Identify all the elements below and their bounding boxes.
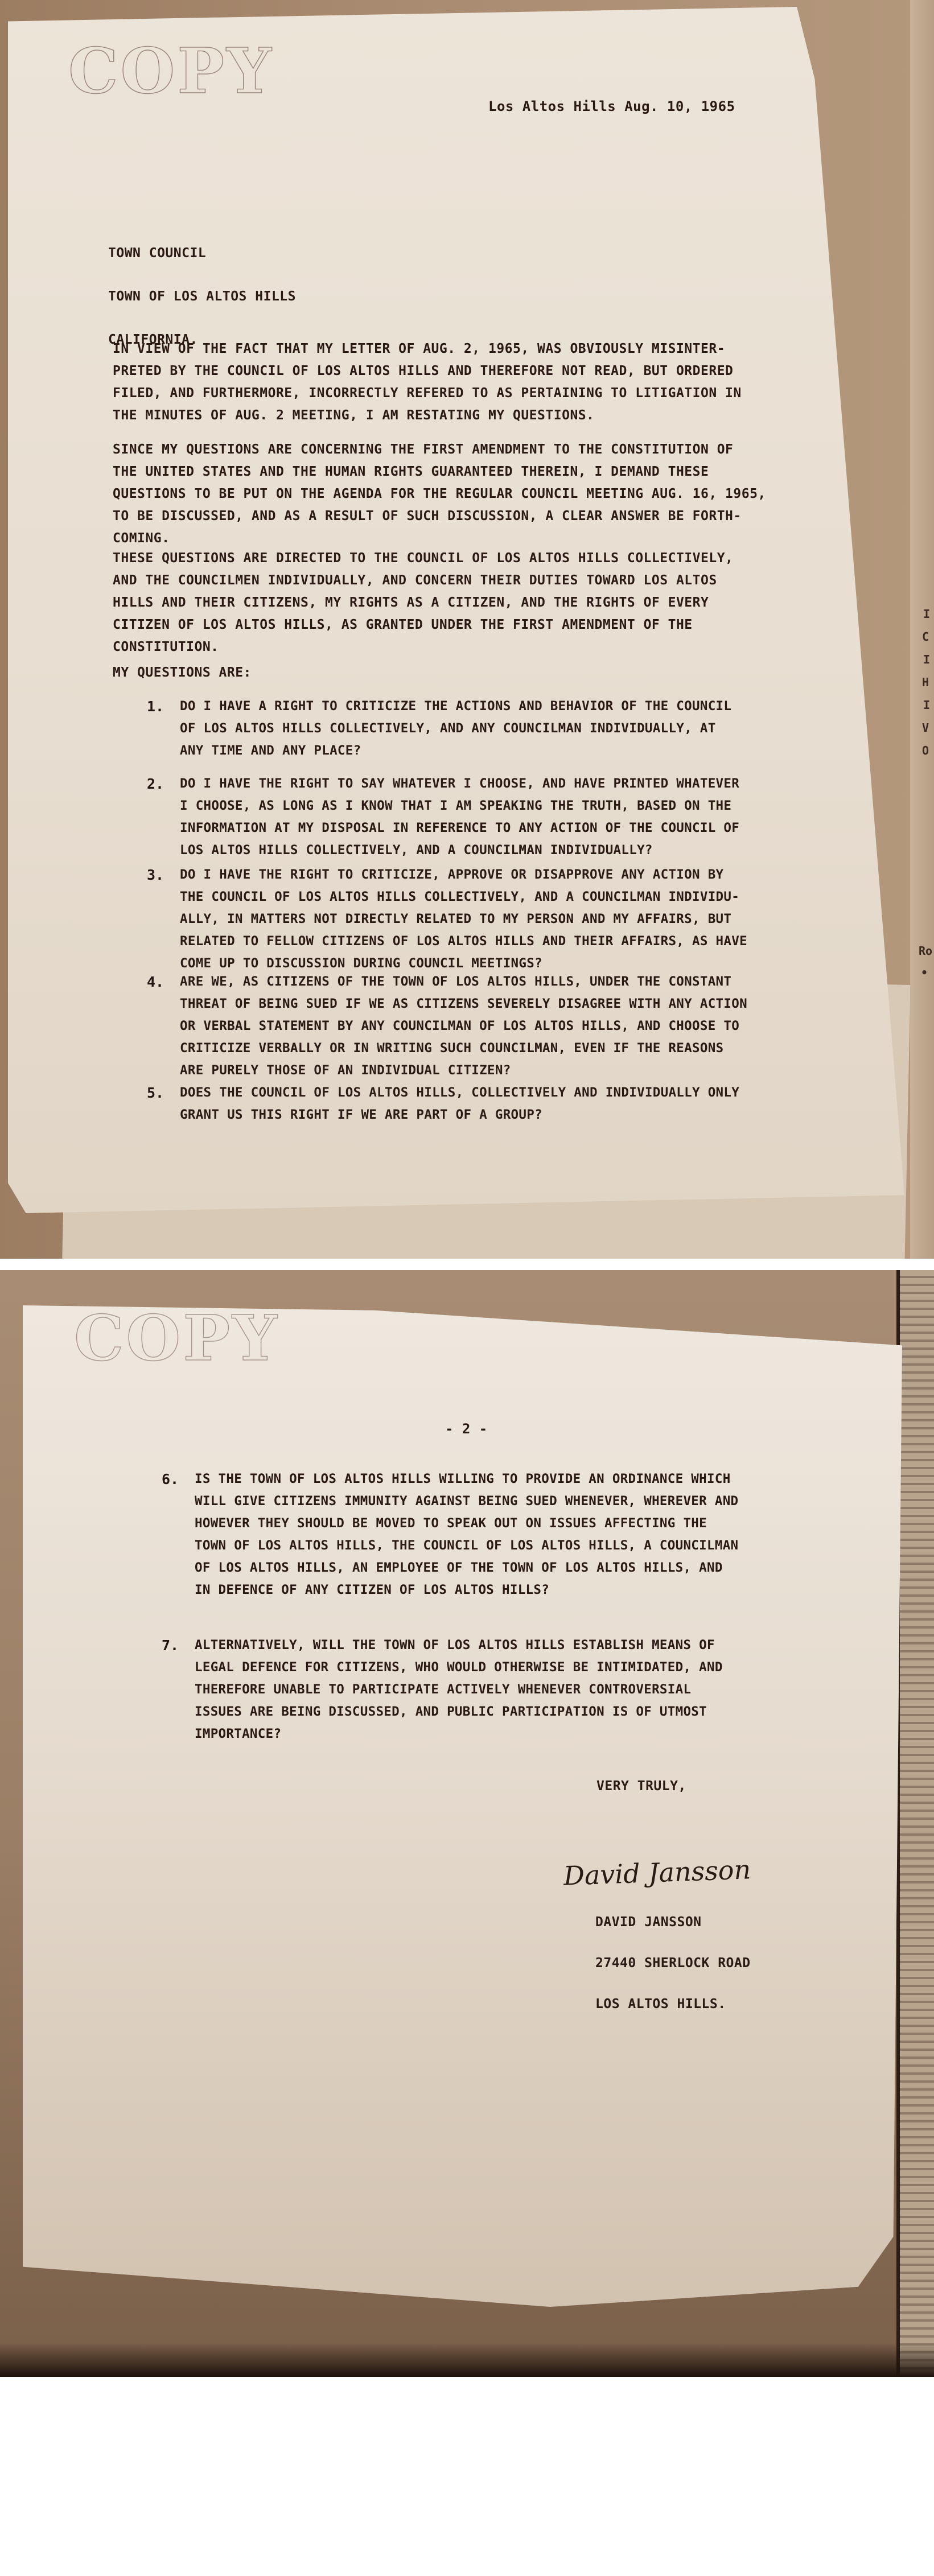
question-number: 7. (162, 1634, 195, 1745)
paragraph-directed-to: These questions are directed to the Coun… (113, 547, 733, 658)
edge-fragment: I (923, 603, 930, 625)
shadow (0, 2343, 934, 2377)
edge-fragment: O (922, 740, 929, 761)
edge-fragment: • (921, 962, 928, 983)
edge-fragment: V (922, 717, 929, 739)
paragraph-first-amendment: Since my questions are concerning the Fi… (113, 439, 766, 550)
paragraph-restating: In view of the fact that my letter of Au… (113, 338, 742, 427)
question-text: Alternatively, will the Town of Los Alto… (195, 1634, 723, 1745)
copy-stamp: COPY (74, 1301, 279, 1375)
question-number: 4. (147, 971, 180, 1082)
question-number: 3. (147, 864, 180, 975)
edge-fragment: Ro (919, 940, 932, 962)
signer-address-line: Los Altos Hills. (595, 1994, 751, 2014)
letter-page-2 (23, 1305, 902, 2307)
question-number: 6. (162, 1468, 195, 1601)
question-item: 6. Is the Town of Los Altos Hills willin… (162, 1468, 738, 1601)
addressee-line: Town Council (108, 242, 296, 264)
letter-page-1-photo: COPY Los Altos Hills Aug. 10, 1965 Town … (0, 0, 934, 1259)
question-number: 2. (147, 773, 180, 862)
letter-page-2-photo: COPY - 2 - 6. Is the Town of Los Altos H… (0, 1270, 934, 2377)
edge-fragment: I (923, 649, 930, 670)
question-text: Does the Council of Los Altos Hills, col… (180, 1082, 739, 1126)
dateline: Los Altos Hills Aug. 10, 1965 (488, 96, 735, 118)
addressee-line: Town of Los Altos Hills (108, 286, 296, 307)
questions-intro: My questions are: (113, 662, 252, 684)
signer-block: David Jansson 27440 Sherlock Road Los Al… (595, 1891, 751, 2035)
handwritten-signature: David Jansson (563, 1854, 751, 1891)
edge-fragment: I (923, 694, 930, 716)
closing: Very truly, (596, 1775, 686, 1798)
question-number: 1. (147, 695, 180, 762)
question-text: Do I have a right to criticize the actio… (180, 695, 731, 762)
signer-name: David Jansson (595, 1912, 751, 1932)
question-text: Do I have the right to say whatever I ch… (180, 773, 739, 862)
question-item: 3. Do I have the right to criticize, app… (147, 864, 747, 975)
question-item: 2. Do I have the right to say whatever I… (147, 773, 739, 862)
adjacent-book-page (896, 1270, 934, 2377)
edge-fragment: C (922, 626, 929, 648)
page-number: - 2 - (445, 1418, 488, 1440)
question-text: Do I have the right to criticize, approv… (180, 864, 747, 975)
question-item: 7. Alternatively, will the Town of Los A… (162, 1634, 723, 1745)
signer-address-line: 27440 Sherlock Road (595, 1953, 751, 1973)
question-item: 5. Does the Council of Los Altos Hills, … (147, 1082, 739, 1126)
question-item: 4. Are we, as citizens of the Town of Lo… (147, 971, 747, 1082)
copy-stamp: COPY (68, 34, 274, 108)
question-number: 5. (147, 1082, 180, 1126)
edge-fragment: H (922, 671, 929, 693)
question-text: Is the Town of Los Altos Hills willing t… (195, 1468, 738, 1601)
question-item: 1. Do I have a right to criticize the ac… (147, 695, 731, 762)
question-text: Are we, as citizens of the Town of Los A… (180, 971, 747, 1082)
